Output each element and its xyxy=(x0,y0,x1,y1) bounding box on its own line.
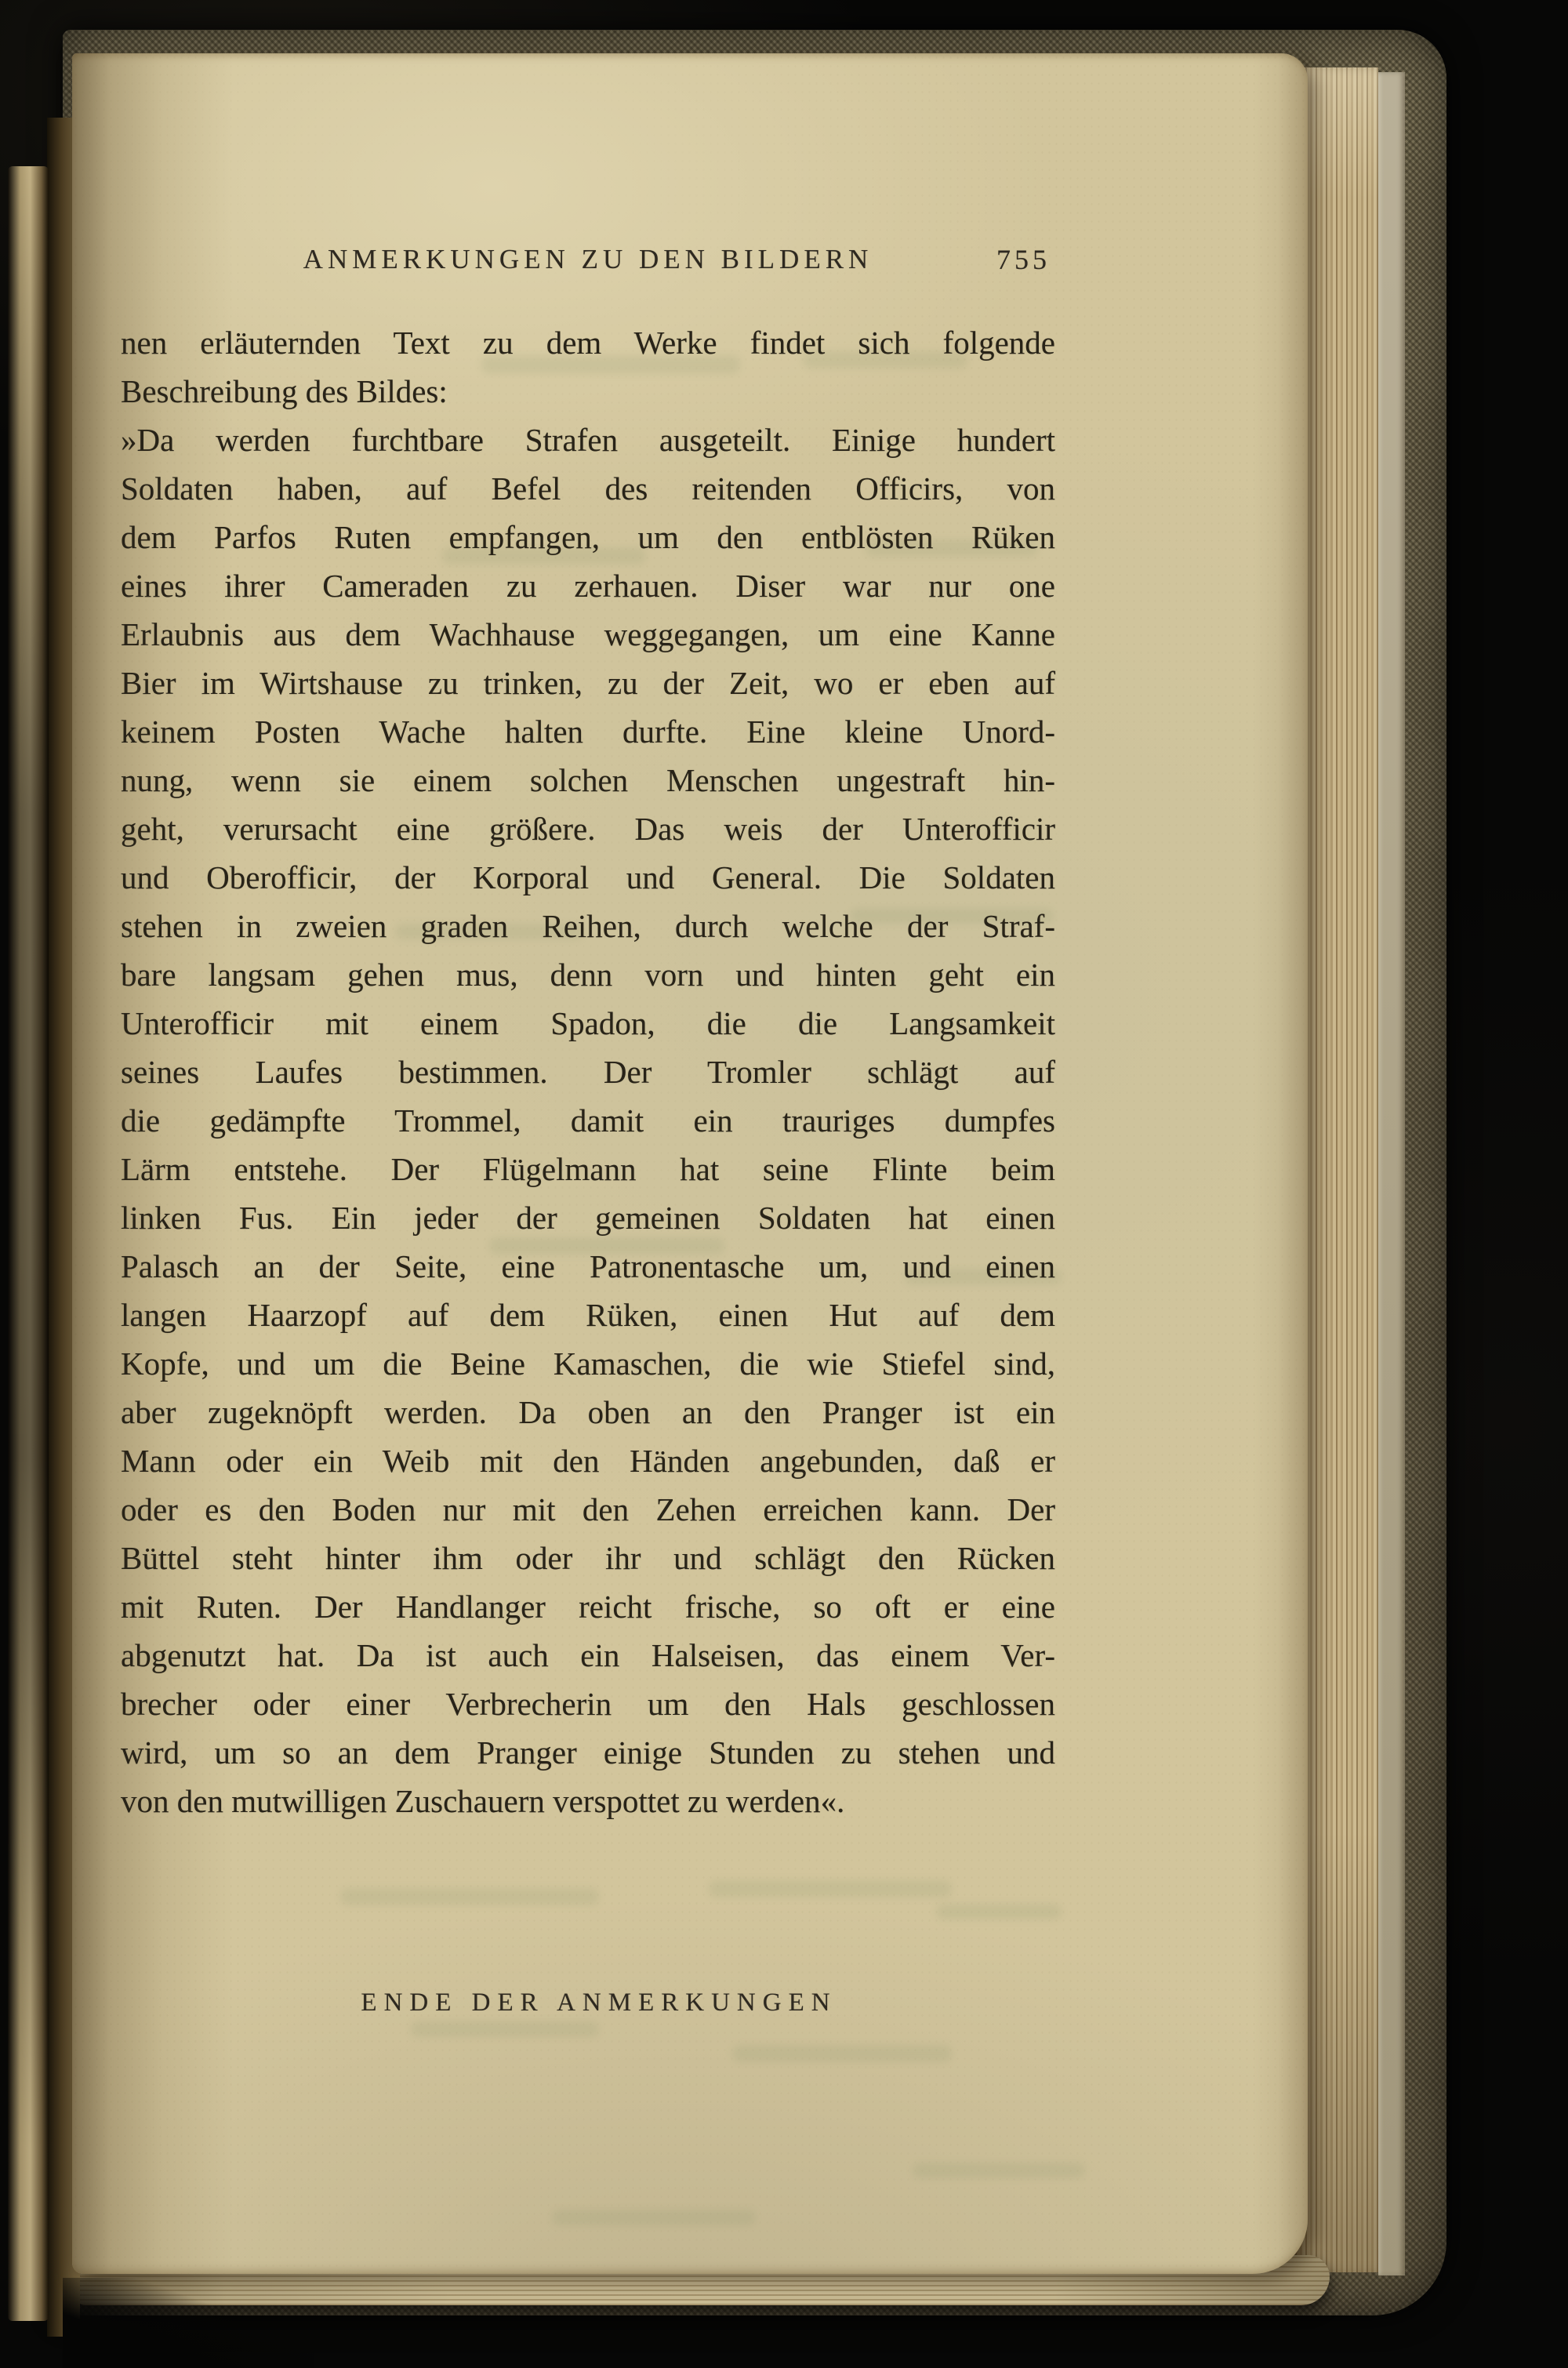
body-text-line: »Da werden furchtbare Strafen ausgeteilt… xyxy=(121,416,1055,464)
body-text: nen erläuternden Text zu dem Werke finde… xyxy=(121,318,1055,1825)
body-text-line: eines ihrer Cameraden zu zerhauen. Diser… xyxy=(121,561,1055,610)
showthrough-ghost xyxy=(411,2021,599,2037)
endpaper-edge xyxy=(1378,72,1405,2275)
body-text-line: Beschreibung des Bildes: xyxy=(121,367,1055,416)
body-text-line: brecher oder einer Verbrecherin um den H… xyxy=(121,1680,1055,1728)
body-text-line: die gedämpfte Trommel, damit ein traurig… xyxy=(121,1096,1055,1145)
showthrough-ghost xyxy=(913,2163,1085,2178)
body-text-line: von den mutwilligen Zuschauern verspotte… xyxy=(121,1777,1055,1825)
body-text-line: nung, wenn sie einem solchen Menschen un… xyxy=(121,756,1055,804)
body-text-line: Mann oder ein Weib mit den Händen angebu… xyxy=(121,1436,1055,1485)
book-page: ANMERKUNGEN ZU DEN BILDERN 755 nen erläu… xyxy=(72,53,1308,2274)
running-head-title: ANMERKUNGEN ZU DEN BILDERN xyxy=(303,244,873,274)
scanned-book-photo: ANMERKUNGEN ZU DEN BILDERN 755 nen erläu… xyxy=(0,0,1568,2368)
body-text-line: nen erläuternden Text zu dem Werke finde… xyxy=(121,318,1055,367)
body-text-line: mit Ruten. Der Handlanger reicht frische… xyxy=(121,1582,1055,1631)
body-text-line: Kopfe, und um die Beine Kamaschen, die w… xyxy=(121,1339,1055,1388)
body-text-line: aber zugeknöpft werden. Da oben an den P… xyxy=(121,1388,1055,1436)
body-text-line: Unterofficir mit einem Spadon, die die L… xyxy=(121,999,1055,1048)
body-text-line: Erlaubnis aus dem Wachhause weggegangen,… xyxy=(121,610,1055,659)
body-text-line: Soldaten haben, auf Befel des reitenden … xyxy=(121,464,1055,513)
body-text-line: langen Haarzopf auf dem Rüken, einen Hut… xyxy=(121,1291,1055,1339)
body-text-line: linken Fus. Ein jeder der gemeinen Solda… xyxy=(121,1193,1055,1242)
body-text-line: Lärm entstehe. Der Flügelmann hat seine … xyxy=(121,1145,1055,1193)
body-text-line: keinem Posten Wache halten durfte. Eine … xyxy=(121,707,1055,756)
body-text-line: bare langsam gehen mus, denn vorn und hi… xyxy=(121,950,1055,999)
body-text-line: seines Laufes bestimmen. Der Tromler sch… xyxy=(121,1048,1055,1096)
body-text-line: und Oberofficir, der Korporal und Genera… xyxy=(121,853,1055,902)
body-text-line: Palasch an der Seite, eine Patronentasch… xyxy=(121,1242,1055,1291)
body-text-line: geht, verursacht eine größere. Das weis … xyxy=(121,804,1055,853)
body-text-line: abgenutzt hat. Da ist auch ein Halseisen… xyxy=(121,1631,1055,1680)
page-number: 755 xyxy=(996,242,1051,278)
showthrough-ghost xyxy=(552,2210,756,2225)
body-text-line: Bier im Wirtshause zu trinken, zu der Ze… xyxy=(121,659,1055,707)
running-head: ANMERKUNGEN ZU DEN BILDERN 755 xyxy=(121,242,1055,278)
body-text-line: wird, um so an dem Pranger einige Stunde… xyxy=(121,1728,1055,1777)
body-text-line: oder es den Boden nur mit den Zehen erre… xyxy=(121,1485,1055,1534)
body-text-line: Büttel steht hinter ihm oder ihr und sch… xyxy=(121,1534,1055,1582)
bottom-left-shadow xyxy=(63,2278,314,2368)
body-text-line: dem Parfos Ruten empfangen, um den entbl… xyxy=(121,513,1055,561)
showthrough-ghost xyxy=(732,2045,952,2062)
facing-page-edge xyxy=(8,166,49,2321)
text-block: ANMERKUNGEN ZU DEN BILDERN 755 nen erläu… xyxy=(121,242,1055,2018)
body-text-line: stehen in zweien graden Reihen, durch we… xyxy=(121,902,1055,950)
end-of-annotations-line: ENDE DER ANMERKUNGEN xyxy=(132,1988,1066,2018)
